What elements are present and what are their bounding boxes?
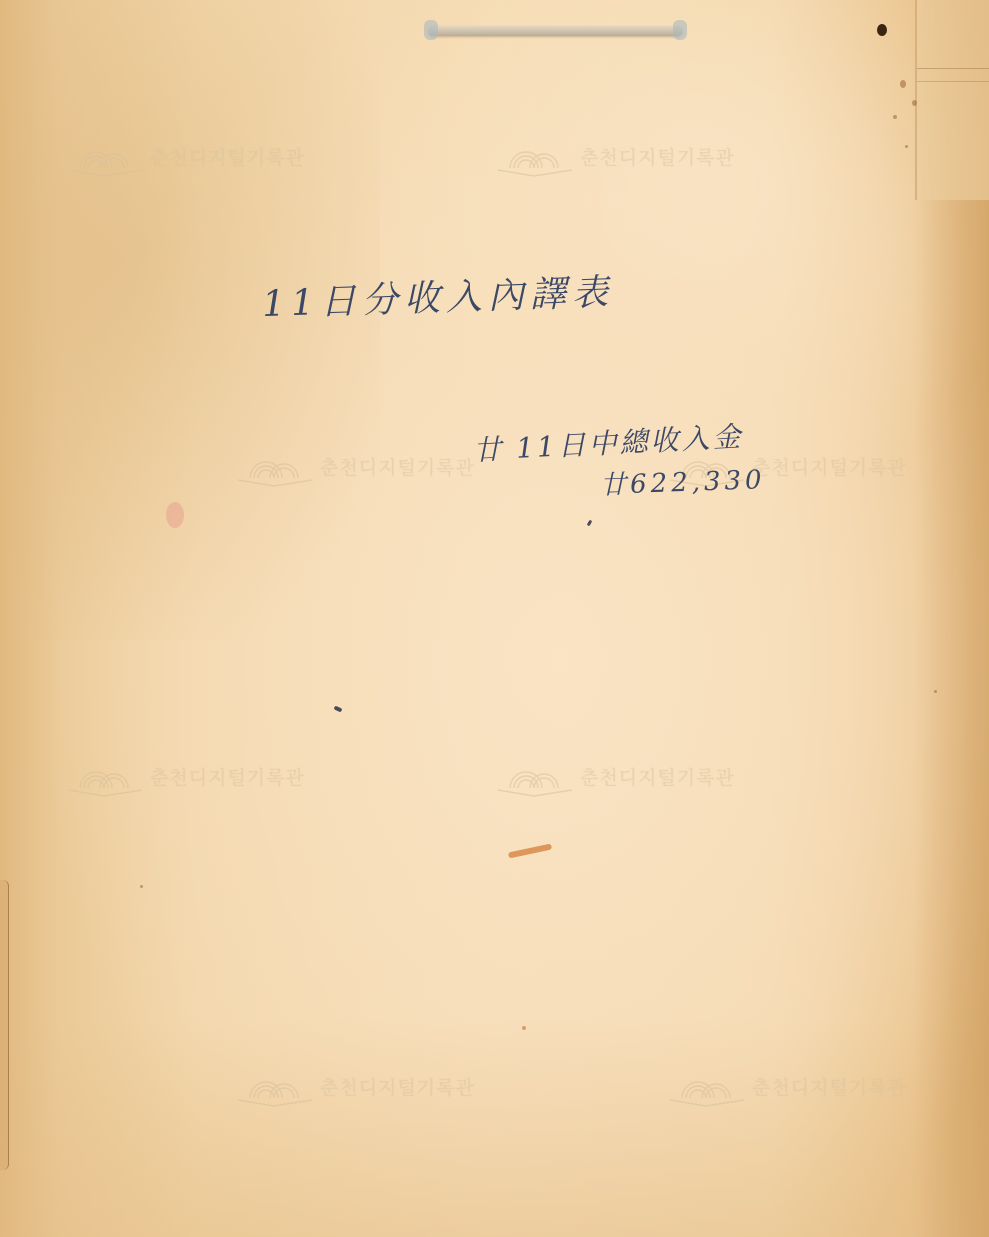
ink-dot: [334, 705, 343, 712]
archive-logo-icon: [66, 754, 144, 798]
torn-paper-flap: [915, 0, 989, 200]
archive-logo-icon: [236, 1064, 314, 1108]
archive-logo-icon: [236, 444, 314, 488]
watermark: 춘천디지털기록관: [496, 754, 735, 798]
archive-logo-icon: [496, 134, 574, 178]
handwritten-title: 11日分收入內譯表: [261, 264, 614, 327]
archive-logo-icon: [668, 1064, 746, 1108]
watermark: 춘천디지털기록관: [66, 134, 305, 178]
watermark: 춘천디지털기록관: [236, 444, 475, 488]
ink-dot: [587, 520, 593, 527]
paper-tear: [0, 880, 9, 1170]
watermark-text: 춘천디지털기록관: [752, 1073, 907, 1100]
watermark-text: 춘천디지털기록관: [320, 1073, 475, 1100]
document-page: 춘천디지털기록관 춘천디지털기록관 춘천디지털기록관 춘천디지털기록관 춘천디지…: [0, 0, 989, 1237]
watermark: 춘천디지털기록관: [496, 134, 735, 178]
watermark: 춘천디지털기록관: [668, 1064, 907, 1108]
watermark: 춘천디지털기록관: [236, 1064, 475, 1108]
age-stain-bottom: [0, 1017, 989, 1237]
watermark-text: 춘천디지털기록관: [320, 453, 475, 480]
binding-hole: [877, 24, 887, 36]
stain-spot: [166, 502, 184, 528]
watermark-text: 춘천디지털기록관: [580, 143, 735, 170]
binding-string: [428, 26, 683, 36]
handwritten-total-amount: 廿622,330: [599, 459, 766, 502]
archive-logo-icon: [496, 754, 574, 798]
rust-mark: [508, 843, 552, 858]
watermark-text: 춘천디지털기록관: [150, 143, 305, 170]
watermark-text: 춘천디지털기록관: [752, 453, 907, 480]
watermark-text: 춘천디지털기록관: [150, 763, 305, 790]
archive-logo-icon: [66, 134, 144, 178]
watermark-text: 춘천디지털기록관: [580, 763, 735, 790]
watermark: 춘천디지털기록관: [66, 754, 305, 798]
